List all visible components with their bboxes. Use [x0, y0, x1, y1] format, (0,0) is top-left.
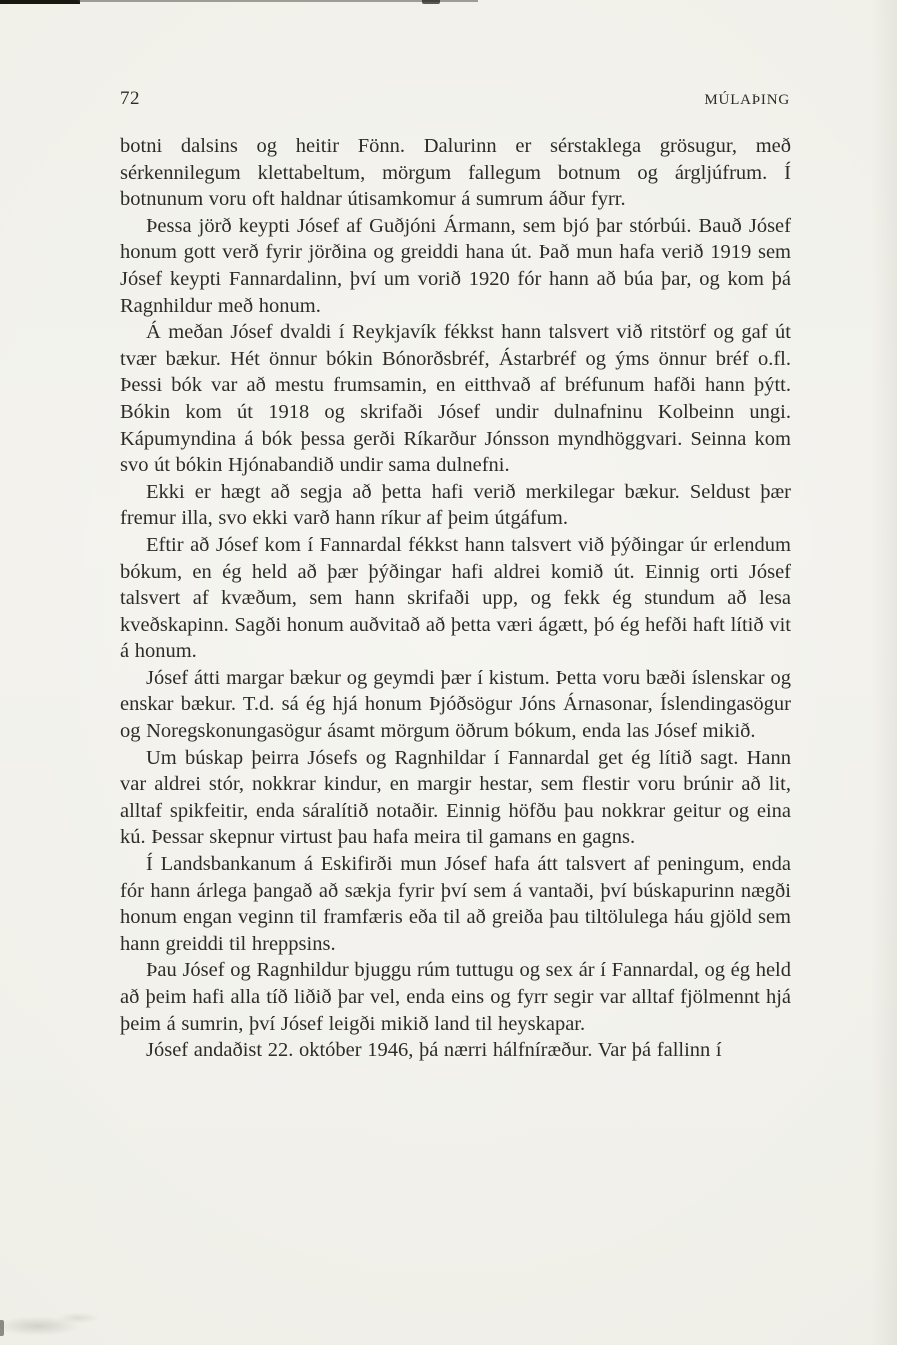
scan-artifact-left-tick: [0, 1320, 4, 1336]
paragraph: Þessa jörð keypti Jósef af Guðjóni Árman…: [120, 213, 791, 319]
scan-artifact-bottom-smudge: [0, 1288, 110, 1345]
running-header: 72 MÚLAÞING: [120, 88, 790, 110]
paragraph: Þau Jósef og Ragnhildur bjuggu rúm tuttu…: [120, 957, 791, 1037]
paragraph: botni dalsins og heitir Fönn. Dalurinn e…: [120, 133, 791, 213]
paragraph: Í Landsbankanum á Eskifirði mun Jósef ha…: [120, 851, 791, 957]
page-number: 72: [120, 88, 140, 110]
scan-artifact-right-shade: [871, 0, 897, 1345]
scan-artifact-top-edge-faint: [78, 0, 478, 2]
paragraph: Um búskap þeirra Jósefs og Ragnhildar í …: [120, 745, 791, 851]
paragraph: Ekki er hægt að segja að þetta hafi veri…: [120, 479, 791, 532]
body-text-block: botni dalsins og heitir Fönn. Dalurinn e…: [120, 133, 791, 1064]
paragraph: Jósef átti margar bækur og geymdi þær í …: [120, 665, 791, 745]
scan-artifact-top-edge: [0, 0, 80, 4]
paragraph: Eftir að Jósef kom í Fannardal fékkst ha…: [120, 532, 791, 665]
scanned-book-page: 72 MÚLAÞING botni dalsins og heitir Fönn…: [0, 0, 897, 1345]
paragraph: Jósef andaðist 22. október 1946, þá nærr…: [120, 1037, 791, 1064]
header-title: MÚLAÞING: [704, 92, 790, 109]
paragraph: Á meðan Jósef dvaldi í Reykjavík fékkst …: [120, 319, 791, 479]
scan-artifact-top-dash: [422, 0, 440, 4]
